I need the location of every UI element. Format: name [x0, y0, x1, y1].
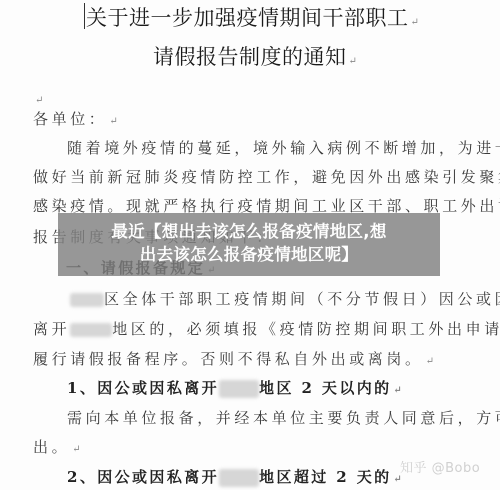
headline-line-1: 最近【想出去该怎么报备疫情地区,想 [58, 221, 440, 242]
item-heading-text: 2、因公或因私离开 [67, 468, 219, 486]
document-title-line-1: 关于进一步加强疫情期间干部职工↵ [86, 2, 419, 32]
paragraph-mark-icon: ↵ [35, 95, 43, 106]
redacted-region [219, 469, 259, 487]
paragraph-text: 履行请假报备程序。否则不得私自外出或离岗。 [33, 350, 424, 368]
paragraph-text: 随着境外疫情的蔓延，境外输入病例不断增加，为进一步 [67, 139, 500, 157]
paragraph-text: 出。 [33, 438, 70, 456]
headline-line-2: 出去该怎么报备疫情地区呢】 [58, 244, 440, 265]
salutation-text: 各单位： [33, 110, 107, 128]
paragraph-text: 地区的，必须填报《疫情防控期间职工外出申请表》， [112, 320, 500, 338]
paragraph-1-line-2: 做好当前新冠肺炎疫情防控工作，避免因外出感染引发聚集性 [33, 166, 500, 187]
item-heading-text: 地区 2 天以内的 [259, 379, 391, 397]
paragraph-mark-icon: ↵ [349, 56, 357, 67]
paragraph-text: 做好当前新冠肺炎疫情防控工作，避免因外出感染引发聚集性 [33, 168, 500, 186]
paragraph-text: 需向本单位报备，并经本单位主要负责人同意后，方可外 [67, 409, 500, 427]
title-text-1: 关于进一步加强疫情期间干部职工 [86, 6, 409, 30]
paragraph-mark-icon: ↵ [72, 444, 80, 455]
salutation: 各单位：↵ [33, 108, 118, 129]
item-heading-text: 地区超过 2 天的 [259, 468, 391, 486]
redacted-region [70, 293, 104, 307]
paragraph-2-line-2: 离开地区的，必须填报《疫情防控期间职工外出申请表》， [33, 318, 500, 339]
paragraph-text: 离开 [33, 320, 70, 338]
paragraph-2-line-3: 履行请假报备程序。否则不得私自外出或离岗。↵ [33, 348, 434, 369]
paragraph-mark-icon: ↵ [109, 116, 117, 127]
redacted-region [219, 380, 259, 398]
headline-overlay-banner[interactable]: 最近【想出去该怎么报备疫情地区,想 出去该怎么报备疫情地区呢】 [58, 213, 440, 276]
text-cursor [84, 3, 85, 29]
paragraph-text: 区全体干部职工疫情期间（不分节假日）因公或因私 [104, 290, 500, 308]
zhihu-watermark: 知乎 @Bobo [400, 457, 480, 476]
paragraph-1-line-1: 随着境外疫情的蔓延，境外输入病例不断增加，为进一步 [67, 137, 500, 158]
paragraph-mark-icon: ↵ [411, 17, 419, 28]
paragraph-mark-icon: ↵ [426, 356, 434, 367]
title-text-2: 请假报告制度的通知 [153, 45, 347, 69]
paragraph-2-line-1: 区全体干部职工疫情期间（不分节假日）因公或因私 [70, 288, 500, 309]
item-1-text-line-2: 出。↵ [33, 436, 81, 457]
item-1-heading: 1、因公或因私离开地区 2 天以内的↵ [67, 377, 402, 398]
document-title-line-2: 请假报告制度的通知↵ [153, 41, 357, 71]
item-2-heading: 2、因公或因私离开地区超过 2 天的↵ [67, 466, 402, 487]
empty-paragraph: ↵ [33, 88, 43, 107]
item-heading-text: 1、因公或因私离开 [67, 379, 219, 397]
item-1-text-line-1: 需向本单位报备，并经本单位主要负责人同意后，方可外 [67, 407, 500, 428]
redacted-region [70, 323, 112, 337]
paragraph-mark-icon: ↵ [394, 385, 402, 396]
